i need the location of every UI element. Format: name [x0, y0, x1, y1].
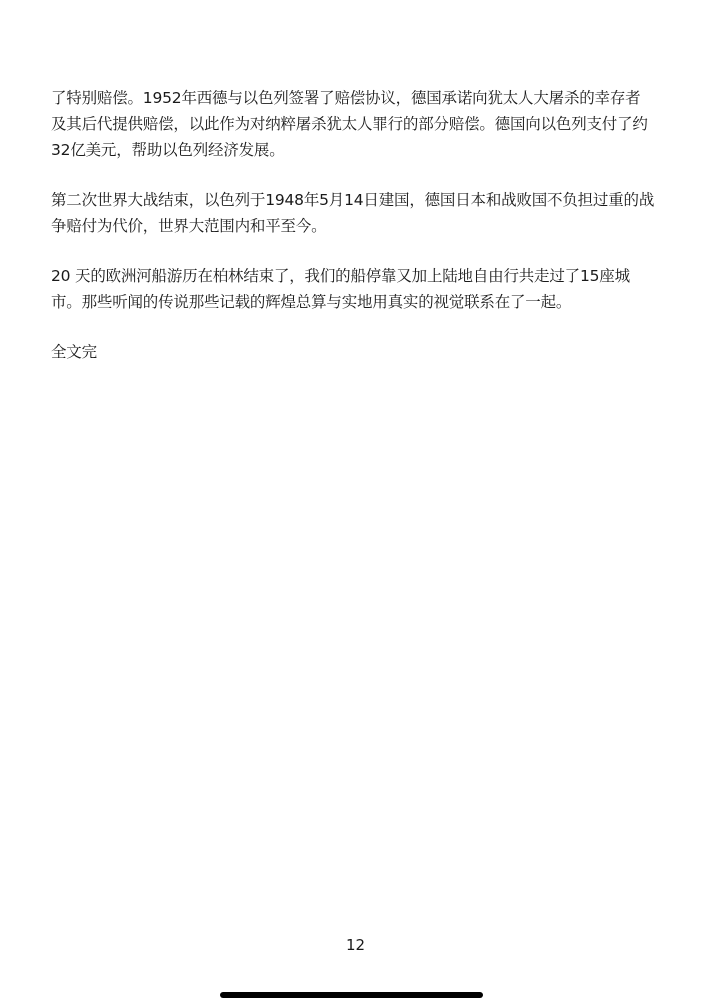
text-line: 全文完: [51, 339, 671, 365]
page-number: 12: [0, 936, 711, 954]
text-line: 20 天的欧洲河船游历在柏林结束了，我们的船停靠又加上陆地自由行共走过了15座城: [51, 263, 671, 289]
document-page: 了特别赔偿。1952年西德与以色列签署了赔偿协议，德国承诺向犹太人大屠杀的幸存者…: [0, 0, 711, 1000]
text-line: 市。那些听闻的传说那些记载的辉煌总算与实地用真实的视觉联系在了一起。: [51, 289, 671, 315]
text-line: 争赔付为代价，世界大范围内和平至今。: [51, 213, 671, 239]
document-body: 了特别赔偿。1952年西德与以色列签署了赔偿协议，德国承诺向犹太人大屠杀的幸存者…: [51, 85, 671, 389]
paragraph-reparations: 了特别赔偿。1952年西德与以色列签署了赔偿协议，德国承诺向犹太人大屠杀的幸存者…: [51, 85, 671, 163]
text-line: 第二次世界大战结束，以色列于1948年5月14日建国，德国日本和战败国不负担过重…: [51, 187, 671, 213]
home-indicator[interactable]: [220, 992, 483, 998]
paragraph-river-cruise: 20 天的欧洲河船游历在柏林结束了，我们的船停靠又加上陆地自由行共走过了15座城…: [51, 263, 671, 315]
text-line: 32亿美元，帮助以色列经济发展。: [51, 137, 671, 163]
text-line: 了特别赔偿。1952年西德与以色列签署了赔偿协议，德国承诺向犹太人大屠杀的幸存者: [51, 85, 671, 111]
paragraph-the-end: 全文完: [51, 339, 671, 365]
paragraph-ww2-end: 第二次世界大战结束，以色列于1948年5月14日建国，德国日本和战败国不负担过重…: [51, 187, 671, 239]
text-line: 及其后代提供赔偿，以此作为对纳粹屠杀犹太人罪行的部分赔偿。德国向以色列支付了约: [51, 111, 671, 137]
